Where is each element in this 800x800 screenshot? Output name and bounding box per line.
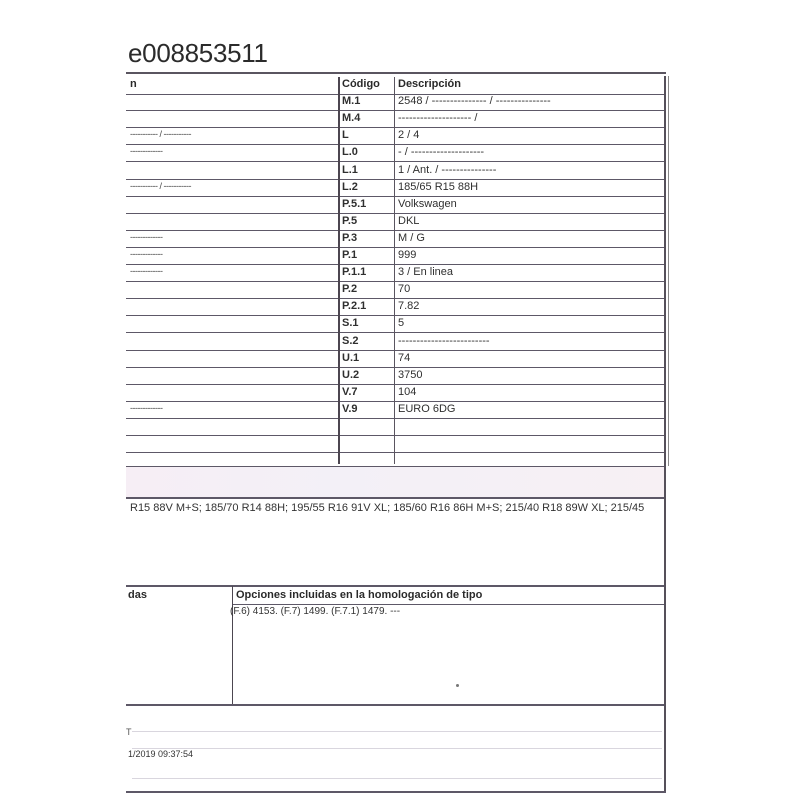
row-description: -------------------- / [398,112,477,124]
row-left-value: ----------- / ----------- [130,129,191,139]
row-code: L.1 [342,164,358,176]
options-top-border [126,585,664,587]
table-row: P.5.1Volkswagen [126,197,664,214]
table-row: -------------P.1999 [126,248,664,265]
row-description: - / -------------------- [398,146,484,158]
faint-rule [132,748,662,749]
row-description: ------------------------- [398,335,490,347]
table-row: S.15 [126,316,664,333]
bottom-border [126,791,666,793]
row-code: L.0 [342,146,358,158]
table-row: P.2.17.82 [126,299,664,316]
row-left-value: ------------- [130,249,162,259]
row-code: P.5 [342,215,357,227]
options-content: (F.6) 4153. (F.7) 1499. (F.7.1) 1479. --… [230,606,400,617]
row-description: DKL [398,215,419,227]
table-row: M.12548 / --------------- / ------------… [126,94,664,111]
table-row: S.2------------------------- [126,334,664,351]
document-id: e008853511 [128,38,268,69]
footer-mark: T [126,727,132,737]
row-code: M.4 [342,112,360,124]
column-divider-desc [394,77,395,464]
timestamp: 1/2019 09:37:54 [128,749,193,759]
row-description: EURO 6DG [398,403,455,415]
row-description: 999 [398,249,416,261]
table-row: M.4 -------------------- / [126,111,664,128]
row-left-value: ----------- / ----------- [130,181,191,191]
row-description: 2 / 4 [398,129,419,141]
table-row: -------------L.0- / -------------------- [126,145,664,162]
row-description: 2548 / --------------- / --------------- [398,95,551,107]
table-row: V.7104 [126,385,664,402]
options-column-divider [232,586,233,706]
right-border [664,76,666,791]
row-code: P.3 [342,232,357,244]
row-description: 74 [398,352,410,364]
header-description: Descripción [398,78,461,90]
row-description: 70 [398,283,410,295]
row-code: P.5.1 [342,198,366,210]
row-code: P.1 [342,249,357,261]
table-row: U.23750 [126,368,664,385]
row-left-value: ------------- [130,146,162,156]
table-row [126,436,664,453]
row-description: 7.82 [398,300,419,312]
header-left: n [130,78,136,90]
band-divider [126,497,664,499]
table-row: -------------V.9EURO 6DG [126,402,664,419]
row-code: V.9 [342,403,358,415]
row-code: P.1.1 [342,266,366,278]
options-header-divider [232,604,664,605]
row-code: L.2 [342,181,358,193]
row-description: 3 / En linea [398,266,453,278]
options-bottom-border [126,704,664,706]
row-left-value: ------------- [130,232,162,242]
column-divider-code [338,77,340,464]
faint-rule [132,778,662,779]
options-right-header: Opciones incluidas en la homologación de… [236,589,482,601]
row-description: 1 / Ant. / --------------- [398,164,496,176]
row-left-value: ------------- [130,266,162,276]
table-row: -------------P.3M / G [126,231,664,248]
row-code: V.7 [342,386,358,398]
row-code: P.2 [342,283,357,295]
row-description: Volkswagen [398,198,457,210]
row-code: U.2 [342,369,359,381]
header-code: Código [342,78,380,90]
top-border [126,72,666,74]
row-code: M.1 [342,95,360,107]
row-code: S.1 [342,317,359,329]
table-row: -------------P.1.13 / En linea [126,265,664,282]
row-description: 104 [398,386,416,398]
row-description: M / G [398,232,425,244]
options-left-header: das [128,589,147,601]
table-row: P.270 [126,282,664,299]
row-description: 3750 [398,369,422,381]
row-code: S.2 [342,335,359,347]
row-code: L [342,129,349,141]
scan-speck [456,684,459,687]
table-row: P.5DKL [126,214,664,231]
row-description: 185/65 R15 88H [398,181,478,193]
shaded-band [126,466,664,497]
table-header-row: n Código Descripción [126,77,664,95]
row-left-value: ------------- [130,403,162,413]
right-border-inner [668,76,669,466]
table-row: ----------- / -----------L2 / 4 [126,128,664,145]
row-description: 5 [398,317,404,329]
faint-rule [132,731,662,732]
table-row [126,419,664,436]
table-row: L.11 / Ant. / --------------- [126,163,664,180]
row-code: P.2.1 [342,300,366,312]
row-code: U.1 [342,352,359,364]
table-row: ----------- / -----------L.2185/65 R15 8… [126,180,664,197]
tire-sizes-text: R15 88V M+S; 185/70 R14 88H; 195/55 R16 … [130,502,644,514]
table-row: U.174 [126,351,664,368]
